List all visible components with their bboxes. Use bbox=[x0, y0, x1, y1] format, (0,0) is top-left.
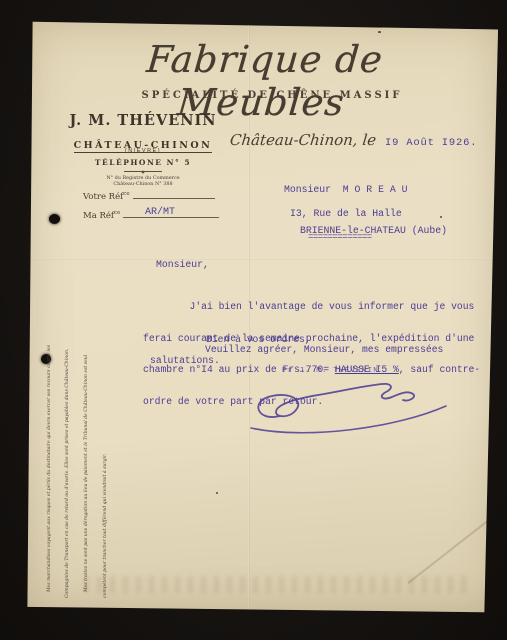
body-line1: J'ai bien l'avantage de vous informer qu… bbox=[143, 302, 480, 313]
reference-superscript: ce bbox=[123, 191, 129, 197]
my-reference-value: AR/MT bbox=[145, 207, 175, 218]
body-line2: ferai courant de la semaine prochaine, l… bbox=[143, 334, 480, 345]
notice-line1: Mes marchandises voyagent aux risques et… bbox=[47, 258, 53, 598]
recipient-name: Monsieur M O R E A U bbox=[284, 184, 407, 195]
punch-hole bbox=[49, 214, 60, 224]
dateline-place: Château-Chinon, le bbox=[229, 131, 377, 149]
letterhead-divider bbox=[124, 171, 162, 172]
notice-line3: Mes traites ne sont pas une dérogation a… bbox=[84, 258, 90, 598]
paper-speck bbox=[378, 31, 381, 33]
closing-line2: Veuillez agréer, Monsieur, mes empressée… bbox=[205, 344, 443, 355]
letterhead-telephone: TÉLÉPHONE N° 5 bbox=[54, 158, 232, 167]
salutation: Monsieur, bbox=[156, 259, 209, 270]
registry-line2: Château-Chinon N° 388 bbox=[54, 182, 232, 188]
my-reference-row: Ma Réfce AR/MT bbox=[83, 209, 219, 221]
recipient-underline: ============= bbox=[308, 232, 372, 242]
dateline-date: I9 Août I926. bbox=[385, 137, 477, 149]
letter-document: Fabrique de Meubles SPÉCIALITÉ DE CHÊNE … bbox=[26, 20, 499, 614]
my-reference-label: Ma Réf bbox=[83, 211, 114, 221]
your-reference-row: Votre Réfce bbox=[83, 190, 215, 202]
recipient-street: I3, Rue de la Halle bbox=[290, 208, 402, 219]
proprietor-name: J. M. THÉVENIN bbox=[54, 112, 232, 129]
your-reference-blank bbox=[133, 190, 215, 199]
margin-conditions-notice: Mes marchandises voyagent aux risques et… bbox=[34, 258, 122, 598]
handwritten-signature bbox=[246, 370, 451, 438]
letterhead-department: (NIÈVRE) bbox=[54, 148, 232, 154]
paper-speck bbox=[216, 492, 218, 494]
your-reference-label: Votre Réf bbox=[83, 192, 123, 202]
notice-line2: Compagnies de Transport en cas de retard… bbox=[65, 258, 71, 598]
registry-number: N° du Registre du Commerce Château-Chino… bbox=[54, 176, 232, 188]
ink-showthrough bbox=[84, 576, 472, 593]
notice-line4: compétent pour trancher tout différend q… bbox=[103, 258, 109, 598]
company-subtitle: SPÉCIALITÉ DE CHÊNE MASSIF bbox=[72, 90, 472, 101]
reference-superscript: ce bbox=[114, 210, 120, 216]
paper-speck bbox=[440, 216, 442, 218]
closing-line3: salutations. bbox=[150, 355, 220, 366]
